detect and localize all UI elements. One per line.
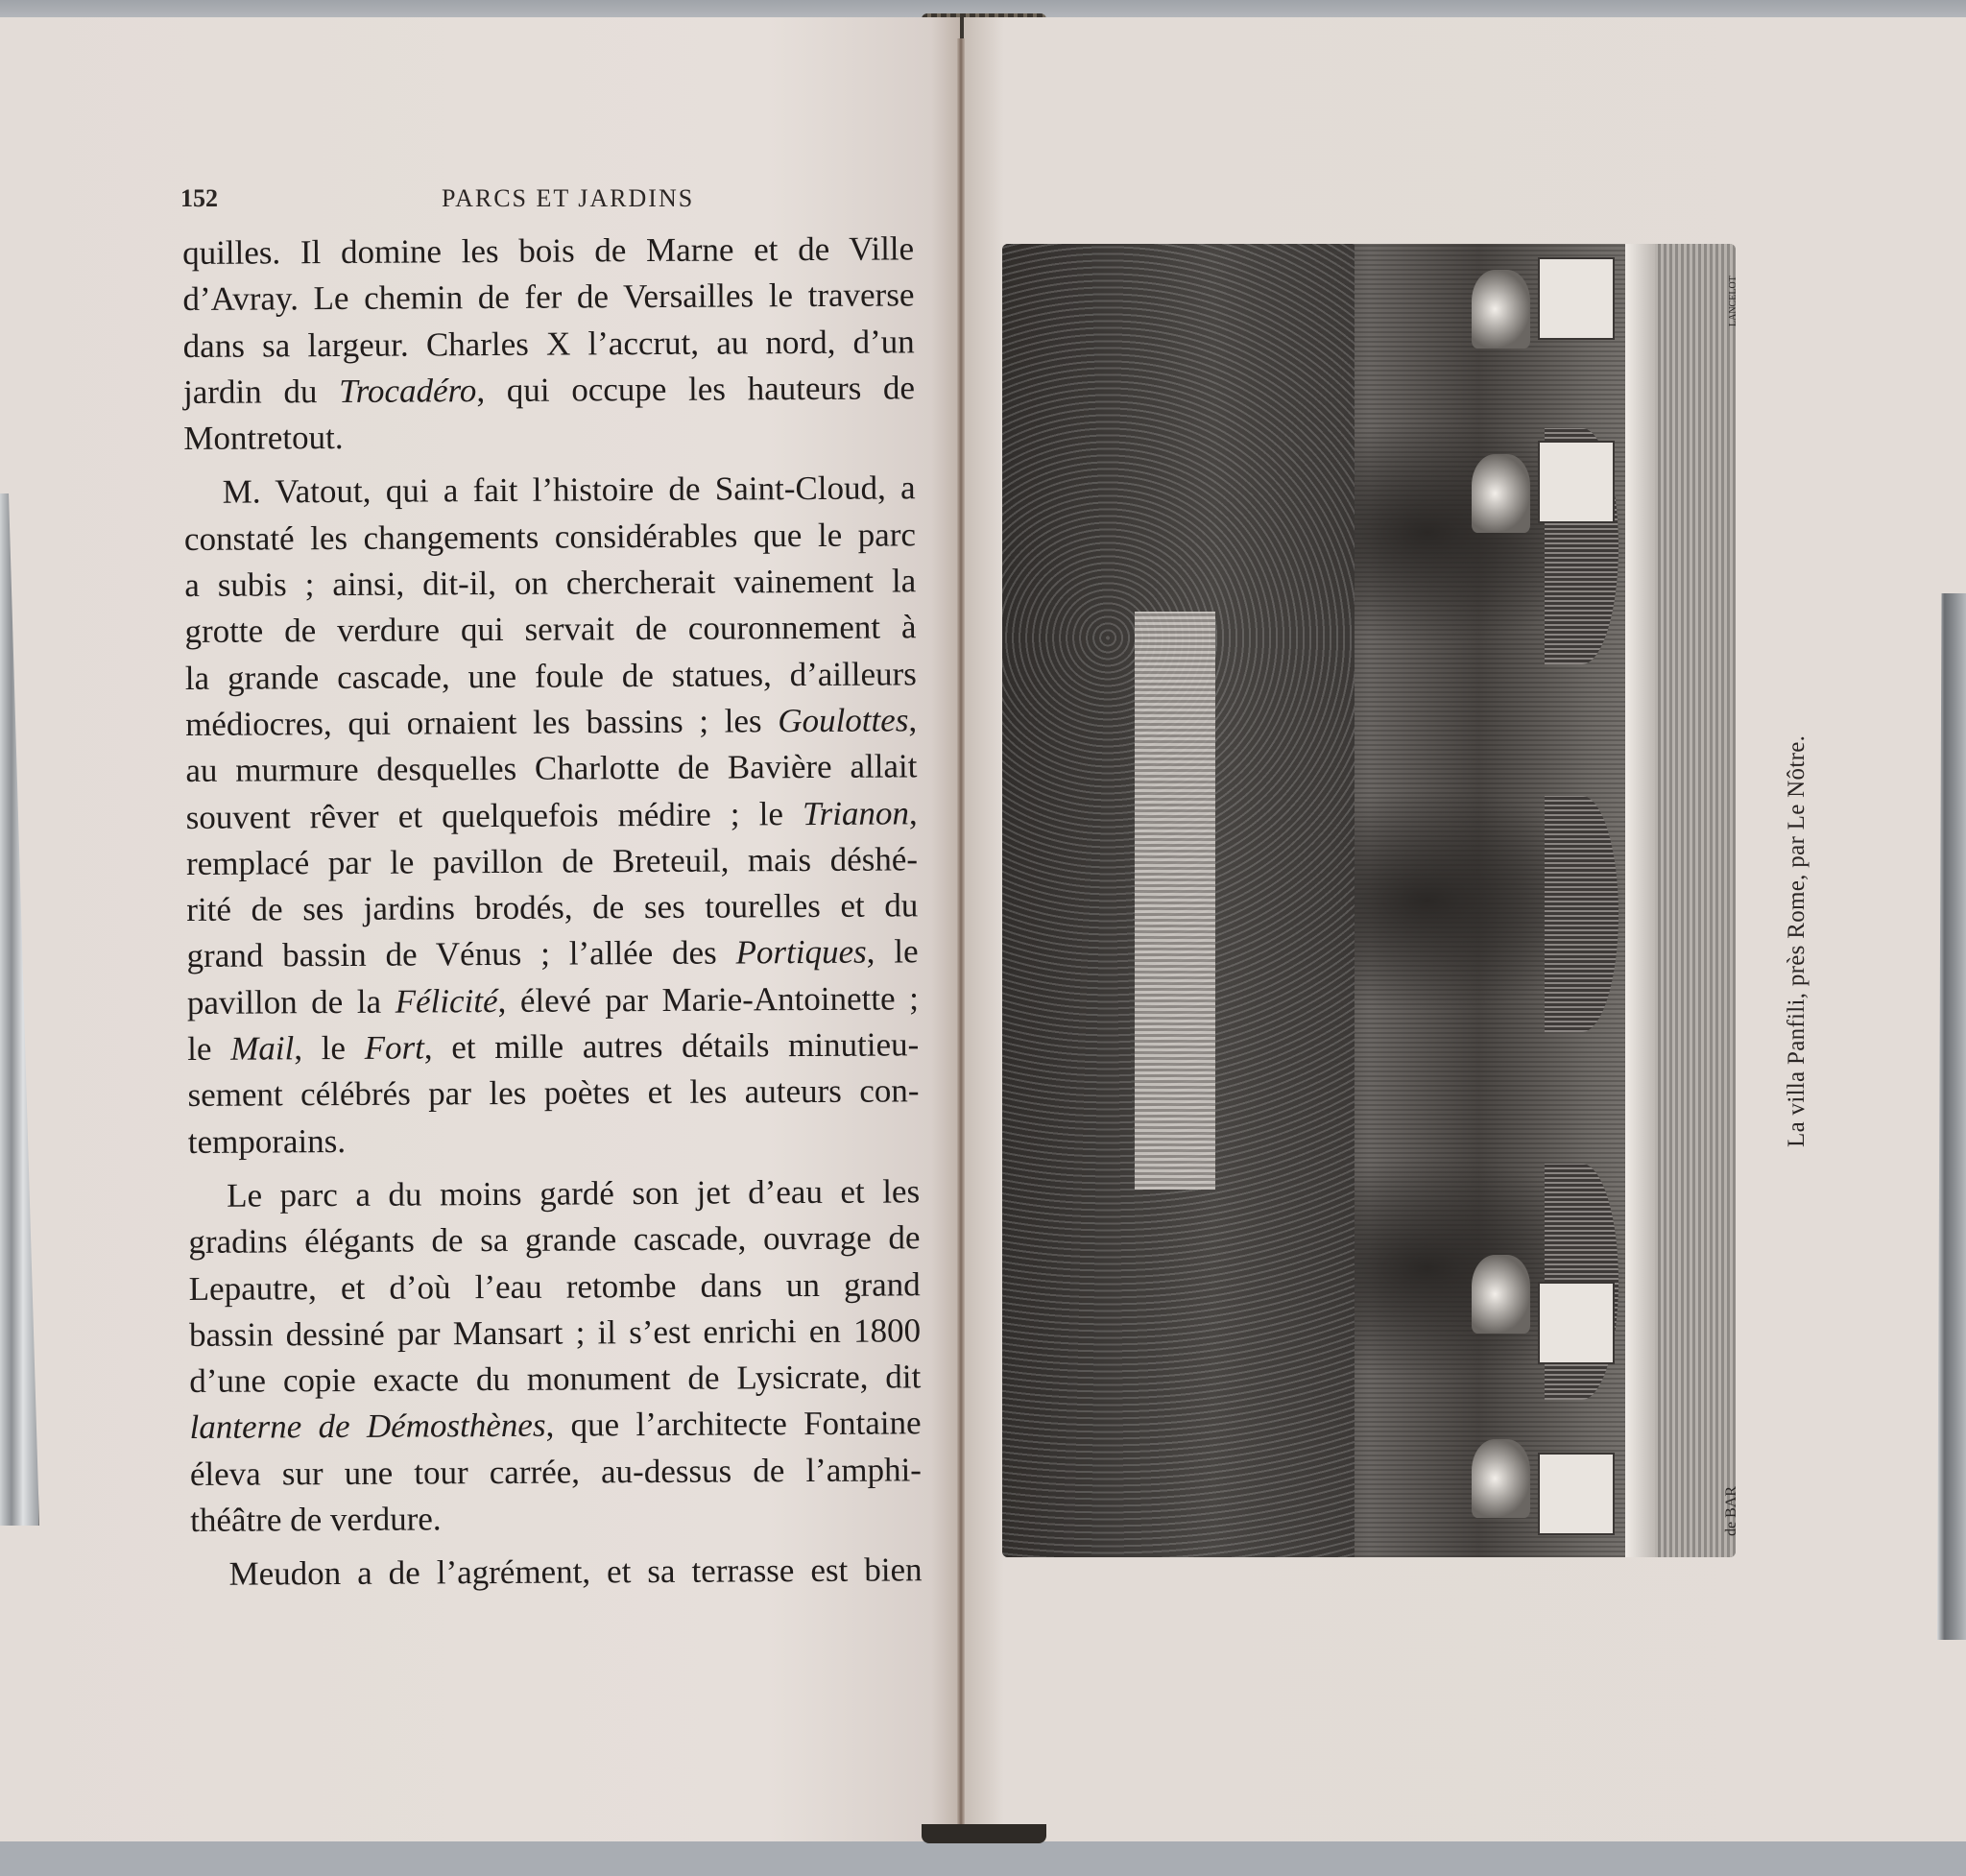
text-line: le Mail, le Fort, et mille autres détail… <box>187 1022 919 1072</box>
text-run: temporains. <box>188 1122 347 1161</box>
illustration-caption: La villa Panfili, près Rome, par Le Nôtr… <box>1784 735 1810 1147</box>
text-run: Meudon a de l’agrément, et sa terrasse e… <box>228 1551 922 1593</box>
text-run: pavillon de la <box>187 982 396 1021</box>
text-line: d’une copie exacte du monument de Lysicr… <box>189 1354 921 1405</box>
text-run: bassin dessiné par Mansart ; il s’est en… <box>189 1311 921 1354</box>
text-run: , <box>909 794 918 831</box>
text-run: médiocres, qui ornaient les bassins ; le… <box>185 702 778 743</box>
engraving-illustration <box>1002 244 1736 1557</box>
text-run: gradins élégants de sa grande cascade, o… <box>188 1219 920 1262</box>
text-line: constaté les changements considérables q… <box>184 512 916 563</box>
italic-term: Mail <box>230 1029 294 1067</box>
text-run: Le parc a du moins gardé son jet d’eau e… <box>227 1172 920 1214</box>
engraving-wall <box>1625 244 1655 1557</box>
text-run: éleva sur une tour carrée, au-dessus de … <box>190 1451 922 1493</box>
text-line: a subis ; ainsi, dit-il, on chercherait … <box>184 558 916 609</box>
text-run: la grande cascade, une foule de statues,… <box>185 655 917 697</box>
text-line: théâtre de verdure. <box>190 1493 922 1544</box>
text-run: dans sa largeur. Charles X l’accrut, au … <box>183 323 915 365</box>
text-run: d’Avray. Le chemin de fer de Versailles … <box>182 277 914 319</box>
text-line: gradins élégants de sa grande cascade, o… <box>188 1215 920 1266</box>
text-run: Montretout. <box>183 419 343 457</box>
running-head-title: PARCS ET JARDINS <box>442 184 694 213</box>
italic-term: Fort <box>365 1029 424 1067</box>
engraving-pedestal <box>1538 257 1615 340</box>
text-line: Meudon a de l’agrément, et sa terrasse e… <box>190 1548 922 1599</box>
text-line: quilles. Il domine les bois de Marne et … <box>182 226 914 277</box>
engraving-urn <box>1472 1255 1530 1334</box>
engraving-pedestal <box>1538 1282 1615 1364</box>
text-run: souvent rêver et quelquefois médire ; le <box>186 795 803 836</box>
text-line: grand bassin de Vénus ; l’allée des Port… <box>186 929 918 980</box>
text-line: jardin du Trocadéro, qui occupe les haut… <box>183 365 915 416</box>
text-run: remplacé par le pavillon de Breteuil, ma… <box>186 840 918 882</box>
engraving-stairs <box>1135 612 1215 1190</box>
engraving-ground <box>1655 244 1736 1557</box>
text-run: , <box>908 701 917 738</box>
text-run: , qui occupe les hauteurs de <box>476 369 915 409</box>
italic-term: Portiques <box>735 933 866 972</box>
text-run: constaté les changements considérables q… <box>184 516 916 558</box>
text-run: d’une copie exacte du monument de Lysicr… <box>189 1358 921 1400</box>
text-line: Lepautre, et d’où l’eau retombe dans un … <box>189 1262 921 1312</box>
text-line: Montretout. <box>183 412 915 463</box>
page-clip-right <box>1937 593 1966 1640</box>
book-spine-bottom <box>922 1824 1046 1843</box>
engraving-pedestal <box>1538 441 1615 523</box>
engraving-pedestal <box>1538 1453 1615 1535</box>
text-line: temporains. <box>188 1115 920 1166</box>
text-line: au murmure desquelles Charlotte de Baviè… <box>185 744 917 795</box>
italic-term: Félicité <box>396 982 498 1021</box>
italic-term: Goulottes <box>778 701 908 739</box>
text-run: M. Vatout, qui a fait l’histoire de Sain… <box>223 469 916 511</box>
text-run: au murmure desquelles Charlotte de Baviè… <box>185 748 917 790</box>
text-line: d’Avray. Le chemin de fer de Versailles … <box>182 273 914 324</box>
text-run: , et mille autres détails minutieu- <box>424 1025 920 1066</box>
text-line: éleva sur une tour carrée, au-dessus de … <box>190 1447 922 1498</box>
italic-term: Trianon <box>803 794 909 832</box>
text-run: quilles. Il domine les bois de Marne et … <box>182 229 914 272</box>
engraving-urn <box>1472 1439 1530 1518</box>
text-line: M. Vatout, qui a fait l’histoire de Sain… <box>184 466 916 517</box>
book-gutter <box>957 38 965 1824</box>
text-line: grotte de verdure qui servait de couronn… <box>184 605 916 656</box>
text-line: bassin dessiné par Mansart ; il s’est en… <box>189 1308 921 1359</box>
body-text: quilles. Il domine les bois de Marne et … <box>182 226 923 1598</box>
text-line: Le parc a du moins gardé son jet d’eau e… <box>188 1168 920 1219</box>
text-line: dans sa largeur. Charles X l’accrut, au … <box>183 319 915 370</box>
text-line: sement célébrés par les poètes et les au… <box>187 1069 919 1119</box>
text-run: , le <box>294 1029 365 1067</box>
text-run: grand bassin de Vénus ; l’allée des <box>186 934 735 974</box>
text-line: remplacé par le pavillon de Breteuil, ma… <box>186 836 918 887</box>
text-run: grotte de verdure qui servait de couronn… <box>184 609 916 651</box>
text-run: Lepautre, et d’où l’eau retombe dans un … <box>189 1265 921 1308</box>
text-line: la grande cascade, une foule de statues,… <box>185 651 917 702</box>
text-line: pavillon de la Félicité, élevé par Marie… <box>187 975 919 1026</box>
italic-term: Trocadéro <box>339 372 476 410</box>
text-run: rité de ses jardins brodés, de ses toure… <box>186 886 918 928</box>
text-run: le <box>187 1030 230 1068</box>
text-run: , que l’architecte Fontaine <box>545 1405 921 1444</box>
running-head: 152 PARCS ET JARDINS <box>180 184 910 223</box>
engraver-signature-bottom: de BAR <box>1723 1486 1740 1536</box>
engraving-urn <box>1472 270 1530 349</box>
text-run: , élevé par Marie-Antoinette ; <box>497 979 919 1020</box>
text-line: médiocres, qui ornaient les bassins ; le… <box>185 697 917 748</box>
italic-term: lanterne de Démosthènes <box>189 1407 545 1446</box>
text-run: a subis ; ainsi, dit-il, on chercherait … <box>184 562 916 604</box>
engraver-signature-top: LANCELOT <box>1728 276 1738 326</box>
text-line: souvent rêver et quelquefois médire ; le… <box>186 790 918 841</box>
engraving-cascade <box>1545 796 1618 1032</box>
text-run: théâtre de verdure. <box>190 1500 442 1539</box>
engraving-urn <box>1472 454 1530 533</box>
text-run: , le <box>867 933 919 971</box>
text-run: sement célébrés par les poètes et les au… <box>187 1072 919 1115</box>
page-number: 152 <box>180 184 218 213</box>
text-line: rité de ses jardins brodés, de ses toure… <box>186 882 918 933</box>
text-line: lanterne de Démosthènes, que l’architect… <box>189 1401 921 1452</box>
text-run: jardin du <box>183 373 339 411</box>
